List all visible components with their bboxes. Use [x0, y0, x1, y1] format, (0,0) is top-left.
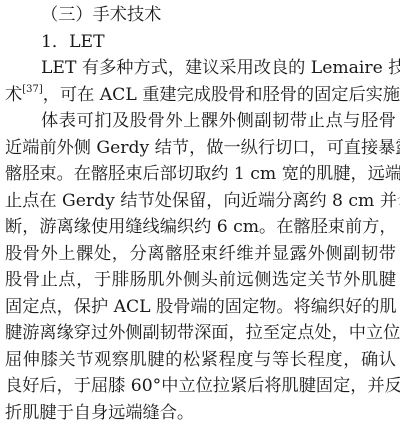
section-heading: （三）手术技术 [5, 2, 396, 29]
text-line: 术[37]，可在 ACL 重建完成股骨和胫骨的固定后实施。 [5, 82, 396, 109]
text-line: 体表可扪及股骨外上髁外侧副韧带止点与胫骨 [5, 108, 396, 135]
text-line: 股骨外上髁处，分离髂胫束纤维并显露外侧副韧带 [5, 241, 396, 268]
subsection-heading: 1．LET [5, 29, 396, 56]
text-line: 折肌腱于自身远端缝合。 [5, 400, 396, 424]
text-line: 良好后，于屈膝 60°中立位拉紧后将肌腱固定，并反 [5, 373, 396, 400]
paragraph-2: 体表可扪及股骨外上髁外侧副韧带止点与胫骨 近端前外侧 Gerdy 结节，做一纵行… [5, 108, 396, 424]
text-line: 屈伸膝关节观察肌腱的松紧程度与等长程度，确认 [5, 347, 396, 374]
text-fragment: 术 [5, 85, 22, 105]
paragraph-1: LET 有多种方式，建议采用改良的 Lemaire 技 术[37]，可在 ACL… [5, 55, 396, 108]
text-line: 髂胫束。在髂胫束后部切取约 1 cm 宽的肌腱，远端 [5, 161, 396, 188]
citation-ref[interactable]: [37] [22, 84, 43, 95]
text-fragment: ，可在 ACL 重建完成股骨和胫骨的固定后实施。 [43, 85, 400, 105]
text-line: 止点在 Gerdy 结节处保留，向近端分离约 8 cm 并切 [5, 188, 396, 215]
text-line: 腱游离缘穿过外侧副韧带深面，拉至定点处，中立位 [5, 320, 396, 347]
text-line: 股骨止点，于腓肠肌外侧头前远侧选定关节外肌腱 [5, 267, 396, 294]
text-line: 近端前外侧 Gerdy 结节，做一纵行切口，可直接暴露 [5, 135, 396, 162]
text-line: LET 有多种方式，建议采用改良的 Lemaire 技 [5, 55, 396, 82]
document-page: （三）手术技术 1．LET LET 有多种方式，建议采用改良的 Lemaire … [0, 0, 400, 424]
text-line: 固定点，保护 ACL 股骨端的固定物。将编织好的肌 [5, 294, 396, 321]
text-line: 断，游离缘使用缝线编织约 6 cm。在髂胫束前方， [5, 214, 396, 241]
